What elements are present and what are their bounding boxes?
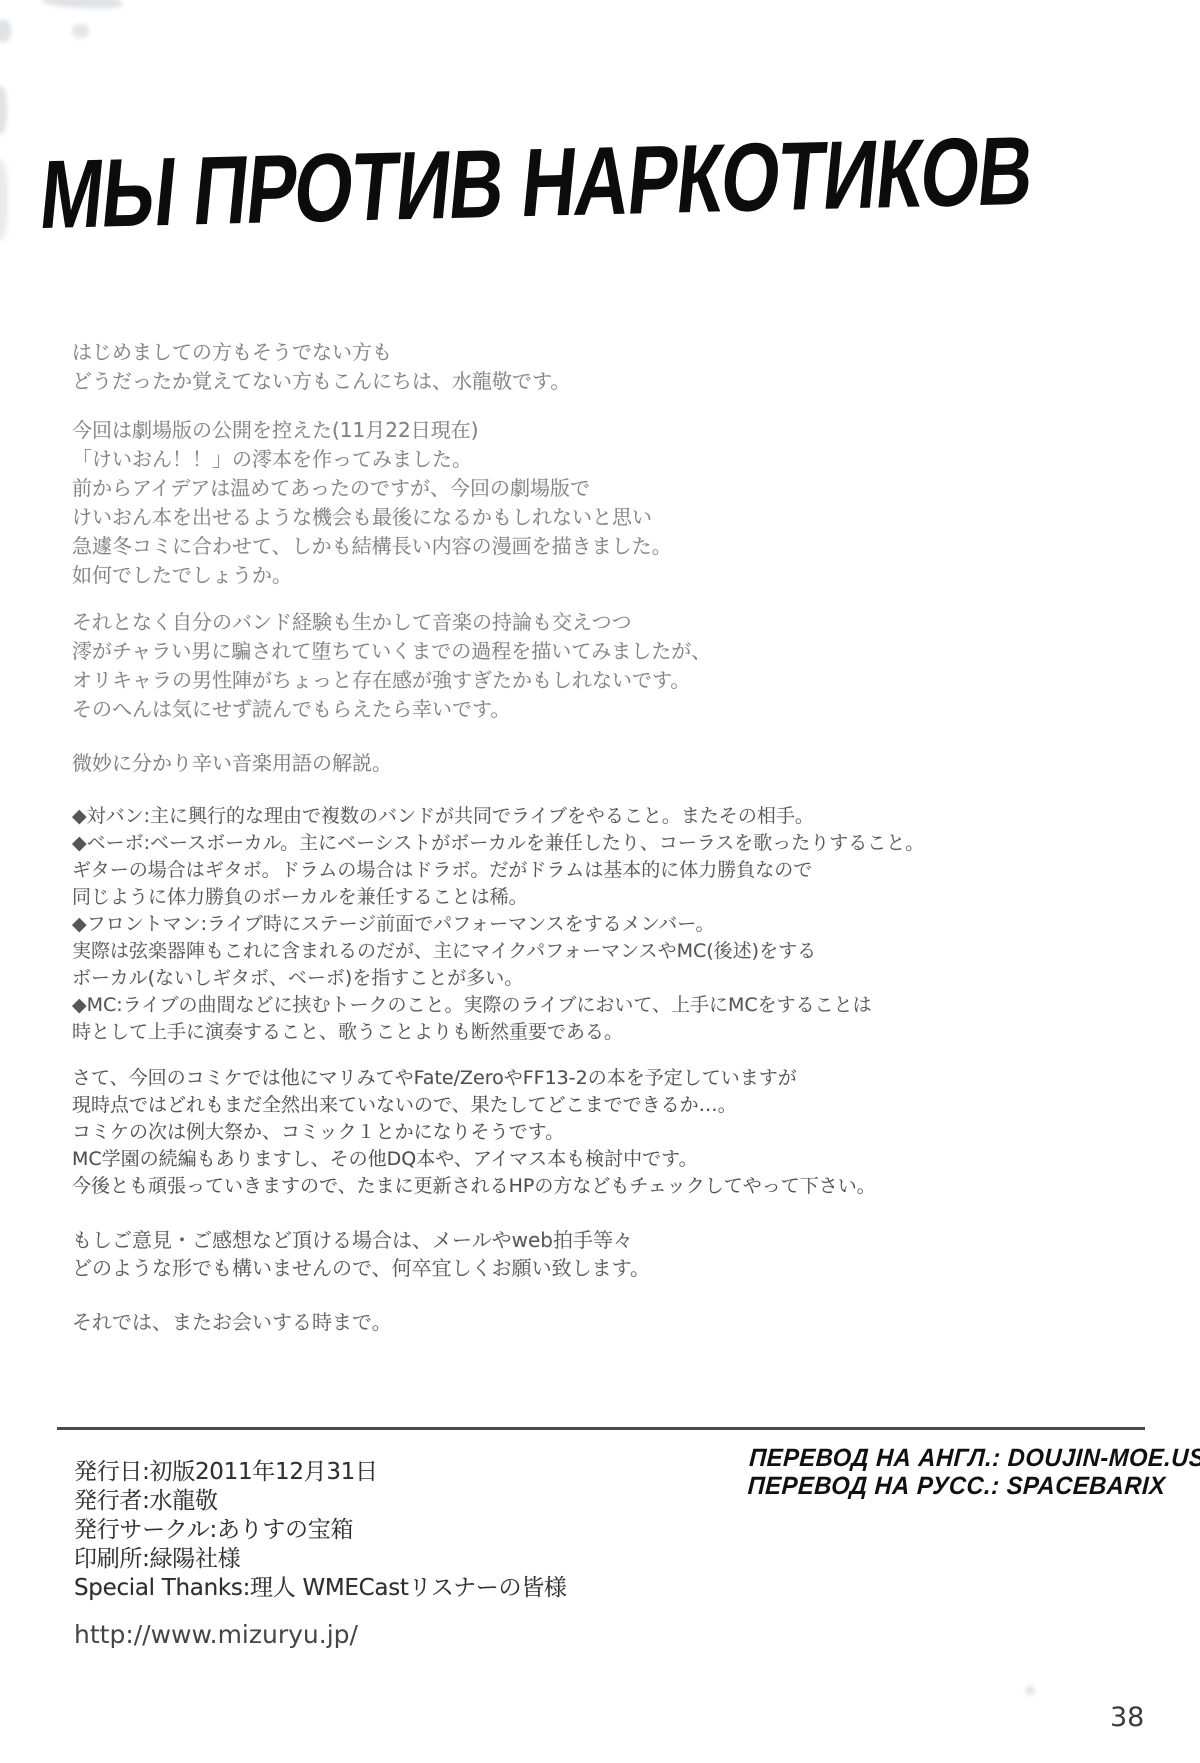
scan-artifact	[0, 20, 11, 42]
colophon-publication-info: 発行日:初版2011年12月31日発行者:水龍敬発行サークル:ありすの宝箱印刷所…	[74, 1458, 567, 1603]
text-line: ПЕРЕВОД НА АНГЛ.: DOUJIN-MOE.US	[749, 1444, 1200, 1472]
author-website-url: http://www.mizuryu.jp/	[74, 1620, 358, 1649]
text-line: 同じように体力勝負のボーカルを兼任することは稀。	[72, 884, 924, 911]
scan-artifact	[0, 86, 7, 134]
text-line: 時として上手に演奏すること、歌うことよりも断然重要である。	[72, 1019, 924, 1046]
text-line: もしご意見・ご感想など頂ける場合は、メールやweb拍手等々	[72, 1226, 650, 1254]
text-line: 急遽冬コミに合わせて、しかも結構長い内容の漫画を描きました。	[72, 532, 672, 561]
text-line: ギターの場合はギタボ。ドラムの場合はドラボ。だがドラムは基本的に体力勝負なので	[72, 857, 924, 884]
text-line: ◆フロントマン:ライブ時にステージ前面でパフォーマンスをするメンバー。	[72, 911, 924, 938]
text-line: はじめましての方もそうでない方も	[72, 338, 570, 367]
text-line: 現時点ではどれもまだ全然出来ていないので、果たしてどこまでできるか…。	[72, 1092, 876, 1119]
page-title: МЫ ПРОТИВ НАРКОТИКОВ	[36, 122, 1036, 243]
text-line: 微妙に分かり辛い音楽用語の解説。	[72, 749, 392, 778]
text-line: けいおん本を出せるような機会も最後になるかもしれないと思い	[72, 503, 672, 532]
scan-artifact	[42, 0, 123, 10]
text-line: 発行者:水龍敬	[74, 1487, 567, 1516]
text-line: コミケの次は例大祭か、コミック１とかになりそうです。	[72, 1119, 876, 1146]
doujin-afterword-page: МЫ ПРОТИВ НАРКОТИКОВ はじめましての方もそうでない方もどうだ…	[0, 0, 1200, 1763]
afterword-paragraph-glossary-terms: ◆対バン:主に興行的な理由で複数のバンドが共同でライブをやること。またその相手。…	[72, 803, 924, 1046]
text-line: オリキャラの男性陣がちょっと存在感が強すぎたかもしれないです。	[72, 666, 711, 695]
scan-artifact	[0, 160, 8, 240]
text-line: どうだったか覚えてない方もこんにちは、水龍敬です。	[72, 367, 570, 396]
text-line: 今回は劇場版の公開を控えた(11月22日現在)	[72, 416, 672, 445]
text-line: それでは、またお会いする時まで。	[72, 1308, 392, 1337]
text-line: MC学園の続編もありますし、その他DQ本や、アイマス本も検討中です。	[72, 1146, 876, 1173]
text-line: それとなく自分のバンド経験も生かして音楽の持論も交えつつ	[72, 608, 711, 637]
afterword-paragraph-feedback-request: もしご意見・ご感想など頂ける場合は、メールやweb拍手等々どのような形でも構いま…	[72, 1226, 650, 1282]
afterword-paragraph-story-notes: それとなく自分のバンド経験も生かして音楽の持論も交えつつ澪がチャラい男に騙されて…	[72, 608, 711, 724]
text-line: どのような形でも構いませんので、何卒宜しくお願い致します。	[72, 1254, 650, 1282]
afterword-paragraph-future-plans: さて、今回のコミケでは他にマリみてやFate/ZeroやFF13-2の本を予定し…	[72, 1065, 876, 1200]
scan-artifact	[1026, 1686, 1035, 1695]
text-line: ◆ベーボ:ベースボーカル。主にベーシストがボーカルを兼任したり、コーラスを歌った…	[72, 830, 924, 857]
text-line: ◆MC:ライブの曲間などに挟むトークのこと。実際のライブにおいて、上手にMCをす…	[72, 992, 924, 1019]
text-line: ボーカル(ないしギタボ、ベーボ)を指すことが多い。	[72, 965, 924, 992]
afterword-paragraph-glossary-intro: 微妙に分かり辛い音楽用語の解説。	[72, 749, 392, 778]
afterword-paragraph-greeting: はじめましての方もそうでない方もどうだったか覚えてない方もこんにちは、水龍敬です…	[72, 338, 570, 396]
colophon-divider-line	[57, 1427, 1145, 1430]
text-line: 発行サークル:ありすの宝箱	[74, 1516, 567, 1545]
text-line: 前からアイデアは温めてあったのですが、今回の劇場版で	[72, 474, 672, 503]
text-line: 澪がチャラい男に騙されて堕ちていくまでの過程を描いてみましたが、	[72, 637, 711, 666]
text-line: そのへんは気にせず読んでもらえたら幸いです。	[72, 695, 711, 724]
scan-artifact	[72, 24, 89, 38]
page-number: 38	[1110, 1702, 1144, 1733]
text-line: 如何でしたでしょうか。	[72, 561, 672, 590]
text-line: Special Thanks:理人 WMECastリスナーの皆様	[74, 1574, 567, 1603]
text-line: 「けいおん！！」の澪本を作ってみました。	[72, 445, 672, 474]
afterword-paragraph-farewell: それでは、またお会いする時まで。	[72, 1308, 392, 1337]
text-line: 発行日:初版2011年12月31日	[74, 1458, 567, 1487]
text-line: 印刷所:緑陽社様	[74, 1545, 567, 1574]
text-line: ◆対バン:主に興行的な理由で複数のバンドが共同でライブをやること。またその相手。	[72, 803, 924, 830]
translation-credits: ПЕРЕВОД НА АНГЛ.: DOUJIN-MOE.USПЕРЕВОД Н…	[747, 1444, 1200, 1500]
text-line: 実際は弦楽器陣もこれに含まれるのだが、主にマイクパフォーマンスやMC(後述)をす…	[72, 938, 924, 965]
text-line: ПЕРЕВОД НА РУСС.: SPACEBARIX	[747, 1472, 1200, 1500]
afterword-paragraph-about-book: 今回は劇場版の公開を控えた(11月22日現在)「けいおん！！」の澪本を作ってみま…	[72, 416, 672, 590]
text-line: さて、今回のコミケでは他にマリみてやFate/ZeroやFF13-2の本を予定し…	[72, 1065, 876, 1092]
text-line: 今後とも頑張っていきますので、たまに更新されるHPの方などもチェックしてやって下…	[72, 1173, 876, 1200]
